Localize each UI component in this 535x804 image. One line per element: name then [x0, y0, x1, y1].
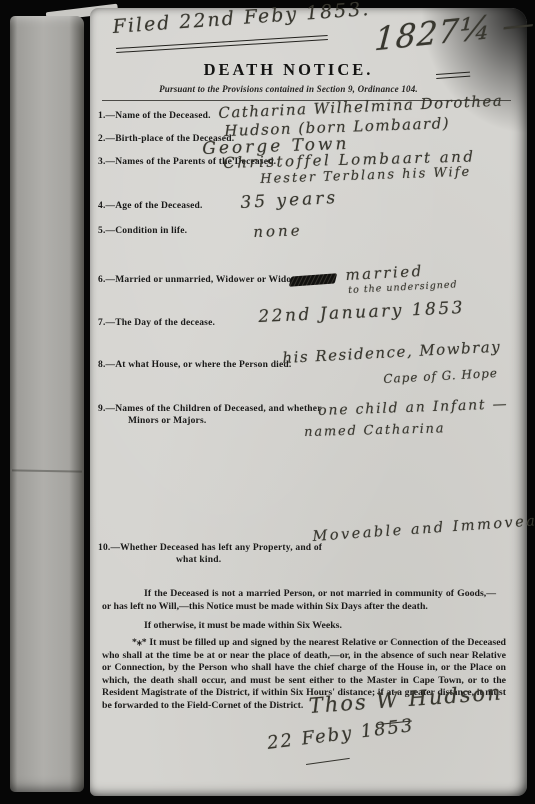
field-6-label: 6.—Married or unmarried, Widower or Wido… [98, 275, 300, 285]
ink-blot [289, 273, 337, 286]
field-5-label: 5.—Condition in life. [98, 226, 187, 236]
film-background: Filed 22nd Feby 1853. 1827¼ — DEATH NOTI… [0, 0, 535, 804]
field-1-label: 1.—Name of the Deceased. [98, 111, 211, 121]
field-10-label-line-1: 10.—Whether Deceased has left any Proper… [98, 543, 322, 553]
instructions-note-1: If the Deceased is not a married Person,… [102, 588, 496, 613]
document-subtitle: Pursuant to the Provisions contained in … [90, 84, 487, 94]
document-page: Filed 22nd Feby 1853. 1827¼ — DEATH NOTI… [90, 8, 527, 796]
field-4-label: 4.—Age of the Deceased. [98, 201, 203, 211]
date-flourish [306, 758, 350, 765]
reference-number: 1827¼ — [373, 3, 535, 58]
field-9-value-line-2: named Catharina [304, 421, 445, 440]
filing-note-underline [116, 35, 328, 53]
field-7-label: 7.—The Day of the decease. [98, 318, 215, 328]
field-8-value-line-2: Cape of G. Hope [383, 366, 498, 386]
signature-date: 22 Feby 1853 [266, 715, 415, 754]
field-9-label-line-2: Minors or Majors. [128, 416, 206, 426]
field-8-value-line-1: his Residence, Mowbray [282, 338, 502, 367]
field-10-label-line-2: what kind. [176, 555, 221, 565]
book-spine-strip [10, 16, 84, 792]
document-title: DEATH NOTICE. [90, 60, 487, 80]
field-5-value-line-1: none [253, 221, 303, 241]
instructions-note-2: If otherwise, it must be made within Six… [102, 620, 496, 633]
field-8-label: 8.—At what House, or where the Person di… [98, 360, 292, 370]
field-9-value-line-1: one child an Infant — [318, 396, 509, 419]
field-10-value-line-1: Moveable and Immoveable [312, 511, 535, 545]
filing-note: Filed 22nd Feby 1853. [112, 0, 371, 38]
field-7-value-line-1: 22nd January 1853 [258, 298, 465, 327]
field-4-value-line-1: 35 years [240, 188, 339, 213]
field-9-label-line-1: 9.—Names of the Children of Deceased, an… [98, 404, 322, 414]
